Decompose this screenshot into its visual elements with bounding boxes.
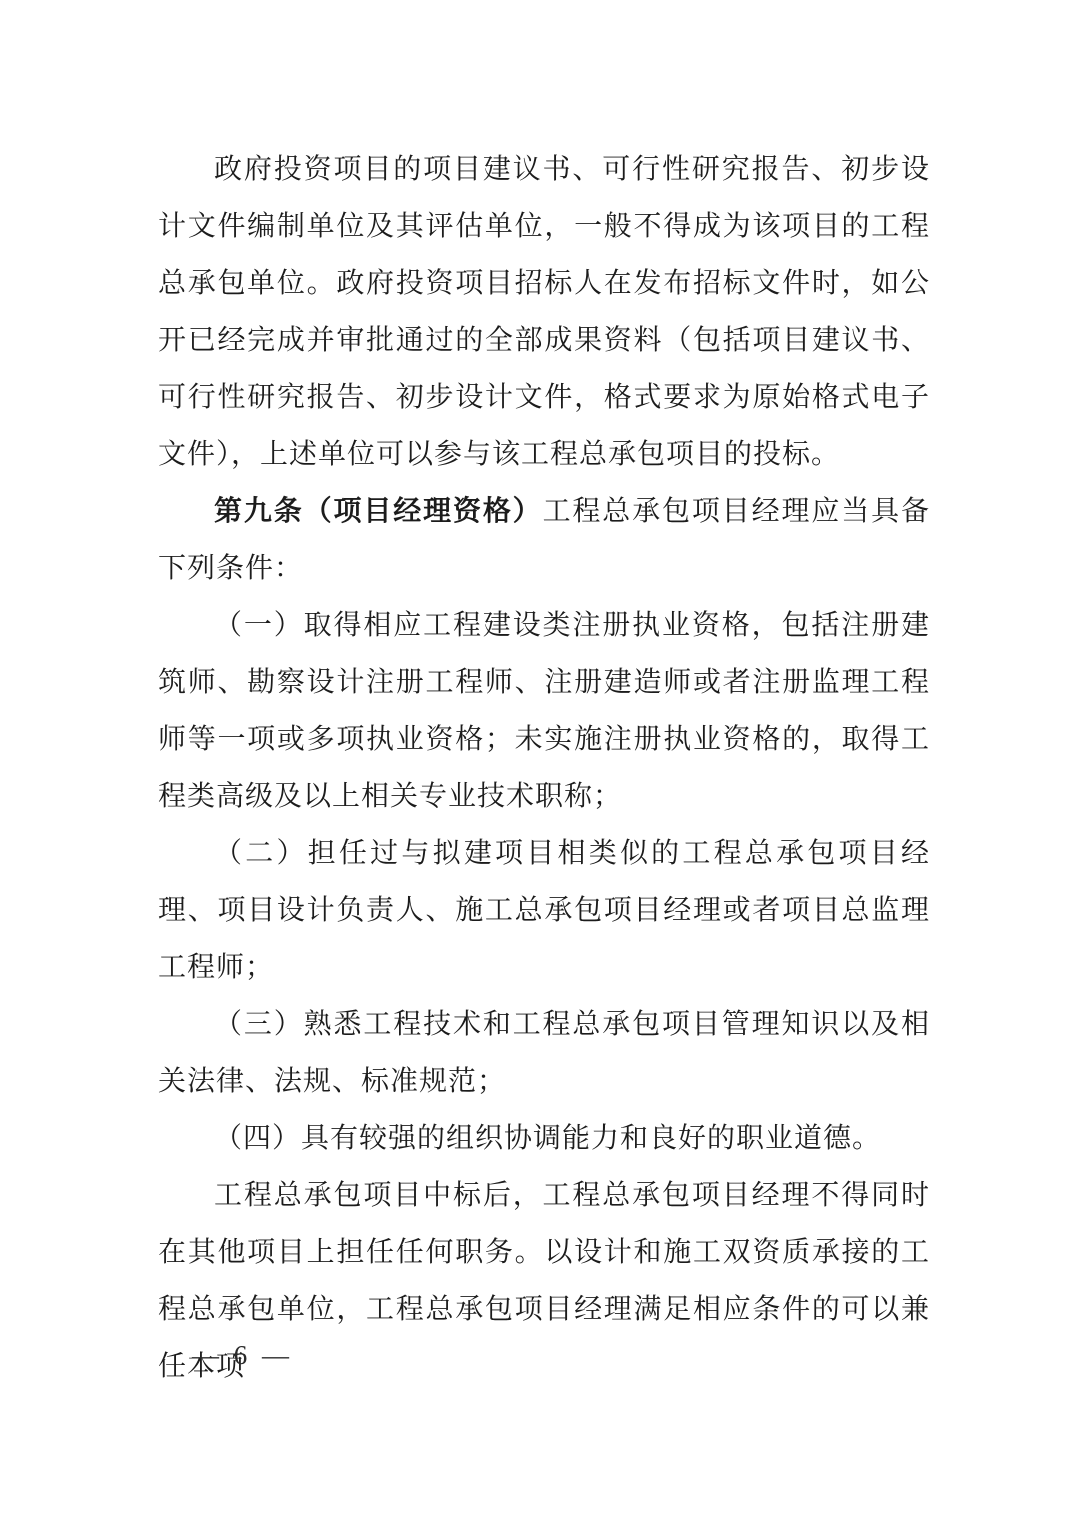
para-article9-heading: 第九条（项目经理资格）工程总承包项目经理应当具备下列条件： bbox=[158, 483, 930, 597]
item-condition-4: （四）具有较强的组织协调能力和良好的职业道德。 bbox=[158, 1110, 930, 1167]
text-run: （三）熟悉工程技术和工程总承包项目管理知识以及相关法律、法规、标准规范； bbox=[158, 1009, 930, 1097]
item-condition-1: （一）取得相应工程建设类注册执业资格，包括注册建筑师、勘察设计注册工程师、注册建… bbox=[158, 597, 930, 825]
item-condition-3: （三）熟悉工程技术和工程总承包项目管理知识以及相关法律、法规、标准规范； bbox=[158, 996, 930, 1110]
para-bid-eligibility: 政府投资项目的项目建议书、可行性研究报告、初步设计文件编制单位及其评估单位，一般… bbox=[158, 141, 930, 483]
article-heading: 第九条（项目经理资格） bbox=[214, 496, 543, 527]
page-number: — 6 — bbox=[192, 1338, 293, 1372]
item-condition-2: （二）担任过与拟建项目相类似的工程总承包项目经理、项目设计负责人、施工总承包项目… bbox=[158, 825, 930, 996]
text-run: （二）担任过与拟建项目相类似的工程总承包项目经理、项目设计负责人、施工总承包项目… bbox=[158, 838, 930, 983]
text-run: （四）具有较强的组织协调能力和良好的职业道德。 bbox=[214, 1123, 881, 1154]
document-body: 政府投资项目的项目建议书、可行性研究报告、初步设计文件编制单位及其评估单位，一般… bbox=[158, 141, 930, 1395]
text-run: 政府投资项目的项目建议书、可行性研究报告、初步设计文件编制单位及其评估单位，一般… bbox=[158, 154, 930, 470]
document-page: 政府投资项目的项目建议书、可行性研究报告、初步设计文件编制单位及其评估单位，一般… bbox=[0, 0, 1080, 1527]
text-run: （一）取得相应工程建设类注册执业资格，包括注册建筑师、勘察设计注册工程师、注册建… bbox=[158, 610, 930, 812]
